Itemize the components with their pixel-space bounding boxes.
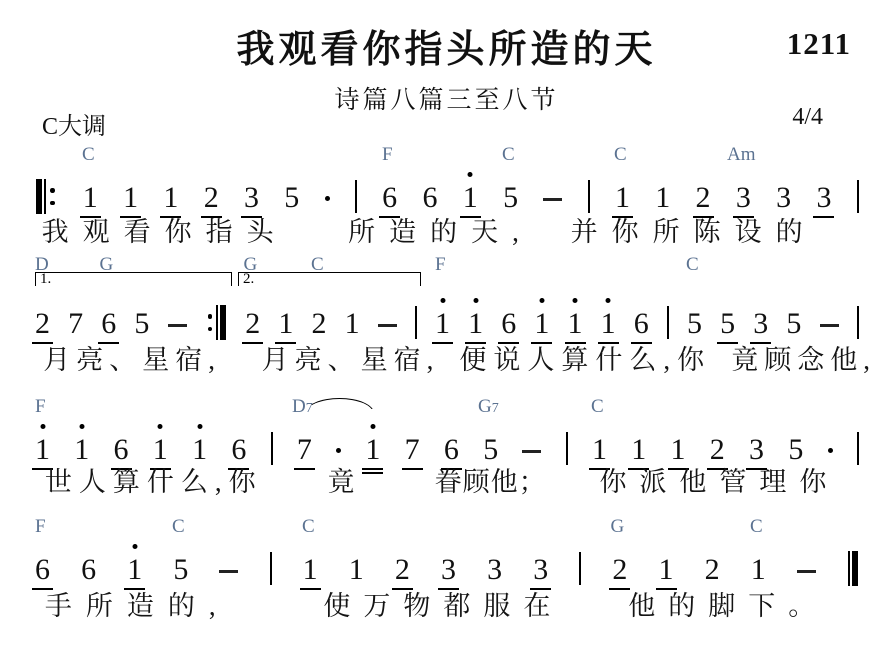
lyrics-row: 手所造的,使万物都服在他的脚下。 [35, 590, 859, 626]
note-token: 1 [534, 308, 549, 340]
note-token: 6 [634, 308, 649, 340]
note-digit: 1 [534, 308, 549, 340]
note-token: 1 [74, 434, 89, 466]
note-token: 5 [788, 434, 803, 466]
note-digit: 6 [382, 182, 397, 214]
note-token: 2 [395, 554, 410, 586]
note-digit: 3 [816, 182, 831, 214]
note-token: 2 [245, 308, 260, 340]
repeat-end-sign [205, 305, 228, 340]
chord-root: C [750, 516, 763, 537]
note-token: 1 [659, 554, 674, 586]
note-token: 5 [687, 308, 702, 340]
thin-barline [216, 305, 218, 340]
note-token: 1 [349, 554, 364, 586]
volta-label: 2. [243, 272, 254, 287]
thick-barline [220, 305, 226, 340]
note-token: 7 [68, 308, 83, 340]
duration-dash [522, 450, 541, 453]
duration-dash [168, 324, 187, 327]
note-digit: 1 [349, 554, 364, 586]
note-token: 5 [173, 554, 188, 586]
duration-dash [219, 570, 238, 573]
note-digit: 6 [444, 434, 459, 466]
chord-label: G7 [478, 397, 499, 416]
note-token: 1 [345, 308, 360, 340]
barline [857, 432, 859, 465]
note-token: 1 [655, 182, 670, 214]
note-token: 3 [441, 554, 456, 586]
notation-row: 1112356615112333 [35, 170, 859, 214]
note-digit: 1 [365, 434, 380, 466]
chord-root: C [302, 516, 315, 537]
key-signature: C大调 [42, 106, 106, 141]
note-token: 1 [83, 182, 98, 214]
octave-dot [40, 424, 45, 429]
octave-dot [132, 544, 137, 549]
repeat-start-sign [35, 179, 58, 214]
note-digit: 1 [601, 308, 616, 340]
music-system-2: DGGCFC 1.2. 2765212111611165535 月亮、星宿,月亮… [35, 252, 859, 340]
final-barline [847, 551, 859, 586]
duration-dash [820, 324, 839, 327]
lyrics-segment: 眷顾他； [435, 466, 547, 498]
note-digit: 3 [736, 182, 751, 214]
note-token: 2 [710, 434, 725, 466]
lyrics-segment: 使万物都服在 [323, 590, 563, 622]
note-token: 6 [231, 434, 246, 466]
note-digit: 1 [345, 308, 360, 340]
note-token: 1 [192, 434, 207, 466]
barline [270, 552, 272, 585]
note-digit: 1 [671, 434, 686, 466]
chord-row: CFCCAm [35, 142, 859, 164]
note-digit: 2 [705, 554, 720, 586]
note-digit: 3 [749, 434, 764, 466]
note-digit: 5 [786, 308, 801, 340]
note-digit: 1 [303, 554, 318, 586]
note-digit: 6 [422, 182, 437, 214]
lyrics-segment: 便说人算什么,你 [459, 344, 711, 376]
note-digit: 1 [659, 554, 674, 586]
duration-dash [543, 198, 562, 201]
augmentation-dot [336, 448, 341, 453]
note-token: 1 [303, 554, 318, 586]
note-digit: 5 [134, 308, 149, 340]
note-digit: 2 [35, 308, 50, 340]
note-token: 1 [35, 434, 50, 466]
chord-root: G [611, 516, 625, 537]
lyrics-segment: 竟顾念他, [731, 344, 876, 376]
music-system-4: FCCGC 66151123332121 手所造的,使万物都服在他的脚下。 [35, 514, 859, 586]
note-token: 6 [444, 434, 459, 466]
note-token: 1 [163, 182, 178, 214]
note-token: 6 [114, 434, 129, 466]
thick-barline [36, 179, 42, 214]
chord-label: C [591, 397, 604, 416]
note-token: 6 [422, 182, 437, 214]
lyrics-segment: 月亮、星宿, [262, 344, 440, 376]
barline [271, 432, 273, 465]
note-token: 1 [615, 182, 630, 214]
note-digit: 2 [710, 434, 725, 466]
lyrics-segment: 他的脚下。 [628, 590, 828, 622]
lyrics-segment: 你派他管理你 [599, 466, 839, 498]
note-token: 3 [753, 308, 768, 340]
chord-row: FD7G7C [35, 394, 859, 416]
note-token: 1 [671, 434, 686, 466]
barline [588, 180, 590, 213]
note-digit: 1 [278, 308, 293, 340]
note-digit: 5 [483, 434, 498, 466]
chord-label: F [382, 145, 393, 164]
note-token: 2 [312, 308, 327, 340]
note-token: 3 [816, 182, 831, 214]
chord-label: C [502, 145, 515, 164]
note-digit: 2 [696, 182, 711, 214]
chord-label: C [82, 145, 95, 164]
chord-root: C [614, 144, 627, 165]
note-token: 7 [405, 434, 420, 466]
note-token: 5 [284, 182, 299, 214]
barline [415, 306, 417, 339]
scripture-reference: 诗篇八篇三至八节 [0, 80, 893, 116]
note-digit: 7 [405, 434, 420, 466]
note-digit: 1 [123, 182, 138, 214]
notation-row: 11611671765111235 [35, 422, 859, 466]
note-digit: 1 [435, 308, 450, 340]
note-digit: 6 [81, 554, 96, 586]
dot [50, 201, 55, 206]
note-token: 2 [705, 554, 720, 586]
chord-label: Am [727, 145, 756, 164]
note-token: 3 [487, 554, 502, 586]
volta-label: 1. [40, 272, 51, 287]
chord-label: C [614, 145, 627, 164]
duration-dash [797, 570, 816, 573]
note-token: 5 [503, 182, 518, 214]
note-digit: 1 [127, 554, 142, 586]
volta-bracket: 2. [238, 272, 421, 286]
note-digit: 6 [114, 434, 129, 466]
notation-row: 66151123332121 [35, 542, 859, 586]
lyrics-segment: 所造的天, [348, 216, 533, 248]
octave-dot [158, 424, 163, 429]
chord-root: C [591, 396, 604, 417]
note-digit: 6 [101, 308, 116, 340]
chord-label: C [302, 517, 315, 536]
note-token: 1 [631, 434, 646, 466]
note-digit: 2 [204, 182, 219, 214]
repeat-dots [208, 314, 213, 331]
lyrics-segment: 我观看你指头 [42, 216, 288, 248]
note-token: 1 [278, 308, 293, 340]
note-token: 3 [776, 182, 791, 214]
note-token: 5 [134, 308, 149, 340]
note-token: 1 [592, 434, 607, 466]
note-digit: 1 [192, 434, 207, 466]
octave-dot [539, 298, 544, 303]
chord-root: C [82, 144, 95, 165]
note-token: 3 [244, 182, 259, 214]
note-token: 3 [749, 434, 764, 466]
note-token: 2 [612, 554, 627, 586]
note-digit: 3 [753, 308, 768, 340]
music-system-1: CFCCAm 1112356615112333 我观看你指头所造的天,并你所陈设… [35, 142, 859, 214]
chord-label: C [750, 517, 763, 536]
dot [50, 188, 55, 193]
note-digit: 3 [244, 182, 259, 214]
note-token: 1 [365, 434, 380, 466]
notation-row: 2765212111611165535 [35, 296, 859, 340]
lyrics-segment: 手所造的, [45, 590, 230, 622]
note-digit: 3 [776, 182, 791, 214]
chord-label: F [35, 397, 46, 416]
note-digit: 1 [655, 182, 670, 214]
note-digit: 5 [503, 182, 518, 214]
octave-dot [440, 298, 445, 303]
dot [208, 314, 213, 319]
note-digit: 5 [284, 182, 299, 214]
barline [579, 552, 581, 585]
note-digit: 3 [441, 554, 456, 586]
note-digit: 1 [74, 434, 89, 466]
barline [667, 306, 669, 339]
note-digit: 1 [463, 182, 478, 214]
chord-root: F [382, 144, 393, 165]
note-digit: 2 [395, 554, 410, 586]
chord-root: G [478, 396, 492, 417]
octave-dot [79, 424, 84, 429]
note-digit: 1 [592, 434, 607, 466]
duration-dash [378, 324, 397, 327]
note-digit: 1 [751, 554, 766, 586]
note-digit: 6 [501, 308, 516, 340]
note-digit: 2 [612, 554, 627, 586]
octave-dot [606, 298, 611, 303]
chord-root: F [35, 516, 46, 537]
note-token: 1 [568, 308, 583, 340]
chord-root: Am [727, 144, 756, 165]
lyrics-segment: 世人算什么,你 [45, 466, 263, 498]
note-digit: 2 [245, 308, 260, 340]
note-digit: 5 [687, 308, 702, 340]
note-digit: 1 [153, 434, 168, 466]
octave-dot [197, 424, 202, 429]
note-digit: 1 [568, 308, 583, 340]
note-token: 2 [696, 182, 711, 214]
note-digit: 1 [163, 182, 178, 214]
note-token: 5 [786, 308, 801, 340]
thin-barline [848, 551, 850, 586]
note-digit: 2 [312, 308, 327, 340]
note-digit: 1 [615, 182, 630, 214]
volta-bracket: 1. [35, 272, 232, 286]
note-token: 2 [204, 182, 219, 214]
hymn-title: 我观看你指头所造的天 [0, 18, 893, 73]
note-digit: 3 [487, 554, 502, 586]
note-token: 5 [720, 308, 735, 340]
chord-label: F [35, 517, 46, 536]
time-signature: 4/4 [792, 104, 823, 131]
note-digit: 6 [231, 434, 246, 466]
note-digit: 1 [468, 308, 483, 340]
chord-label: C [172, 517, 185, 536]
note-token: 6 [101, 308, 116, 340]
note-token: 1 [463, 182, 478, 214]
chord-root: C [172, 516, 185, 537]
note-digit: 1 [631, 434, 646, 466]
chord-root: D [292, 396, 306, 417]
note-token: 1 [468, 308, 483, 340]
note-digit: 5 [788, 434, 803, 466]
lyrics-segment: 竟 [328, 466, 355, 498]
barline [857, 306, 859, 339]
note-digit: 5 [720, 308, 735, 340]
thin-barline [44, 179, 46, 214]
note-digit: 3 [533, 554, 548, 586]
chord-row: DGGCFC [35, 252, 859, 274]
augmentation-dot [828, 448, 833, 453]
augmentation-dot [325, 196, 330, 201]
octave-dot [468, 172, 473, 177]
lyrics-segment: 并你所陈设的 [571, 216, 817, 248]
chord-root: F [35, 396, 46, 417]
note-digit: 5 [173, 554, 188, 586]
note-token: 7 [297, 434, 312, 466]
note-token: 3 [736, 182, 751, 214]
note-token: 1 [127, 554, 142, 586]
note-digit: 1 [83, 182, 98, 214]
lyrics-row: 世人算什么,你竟眷顾他；你派他管理你 [35, 466, 859, 502]
repeat-dots [50, 188, 55, 205]
note-digit: 7 [68, 308, 83, 340]
note-digit: 7 [297, 434, 312, 466]
octave-dot [473, 298, 478, 303]
note-token: 1 [153, 434, 168, 466]
note-digit: 6 [634, 308, 649, 340]
chord-row: FCCGC [35, 514, 859, 536]
note-token: 1 [601, 308, 616, 340]
octave-dot [573, 298, 578, 303]
note-digit: 1 [35, 434, 50, 466]
note-token: 5 [483, 434, 498, 466]
note-token: 6 [382, 182, 397, 214]
chord-extension: 7 [492, 401, 499, 416]
note-token: 6 [501, 308, 516, 340]
chord-root: C [502, 144, 515, 165]
note-digit: 6 [35, 554, 50, 586]
dot [208, 327, 213, 332]
note-token: 6 [81, 554, 96, 586]
hymn-number: 1211 [787, 26, 851, 62]
chord-label: G [611, 517, 625, 536]
note-token: 1 [751, 554, 766, 586]
note-token: 6 [35, 554, 50, 586]
thick-barline [852, 551, 858, 586]
note-token: 2 [35, 308, 50, 340]
barline [566, 432, 568, 465]
note-token: 1 [123, 182, 138, 214]
lyrics-row: 我观看你指头所造的天,并你所陈设的 [35, 216, 859, 252]
volta-bracket-row: 1.2. [35, 272, 859, 290]
lyrics-segment: 月亮、星宿, [43, 344, 221, 376]
barline [857, 180, 859, 213]
music-system-3: FD7G7C 11611671765111235 世人算什么,你竟眷顾他；你派他… [35, 394, 859, 466]
barline [355, 180, 357, 213]
hymn-sheet: 我观看你指头所造的天 1211 诗篇八篇三至八节 C大调 4/4 CFCCAm … [0, 0, 893, 658]
note-token: 1 [435, 308, 450, 340]
note-token: 3 [533, 554, 548, 586]
lyrics-row: 月亮、星宿,月亮、星宿,便说人算什么,你竟顾念他, [35, 344, 859, 380]
octave-dot [370, 424, 375, 429]
